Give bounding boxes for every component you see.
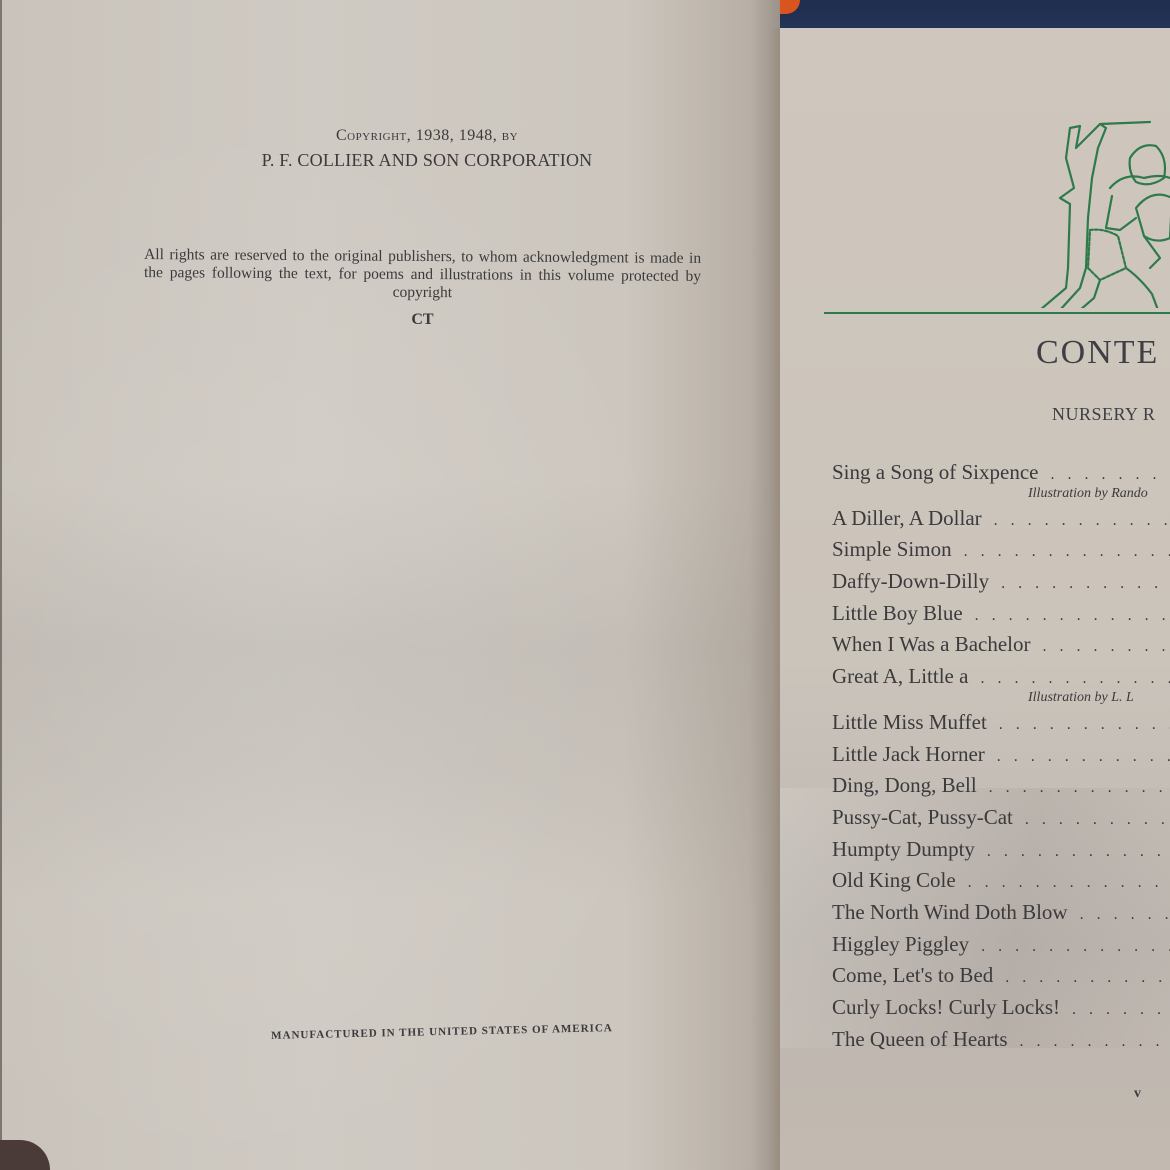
toc-entry: Simple Simon............................… [832, 537, 1170, 569]
page-shadow [2, 480, 780, 900]
toc-entry-title: Great A, Little a [832, 664, 968, 689]
toc-entry-title: Little Boy Blue [832, 601, 963, 626]
toc-entry: Little Jack Horner......................… [832, 742, 1170, 774]
toc-entry-title: Higgley Piggley [832, 932, 969, 957]
toc-entry-title: Come, Let's to Bed [832, 963, 993, 988]
toc-entry: Little Miss Muffet......................… [832, 710, 1170, 742]
toc-entry: Old King Cole...........................… [832, 868, 1170, 900]
dot-leader: ........................................ [994, 512, 1170, 530]
toc-entry: Pussy-Cat, Pussy-Cat....................… [832, 805, 1170, 837]
toc-entry-title: The Queen of Hearts [832, 1027, 1008, 1052]
header-rule [824, 312, 1170, 314]
toc-entry-title: Little Jack Horner [832, 742, 985, 767]
tree-boy-illustration-icon [1040, 118, 1170, 308]
dot-leader: ........................................ [964, 543, 1170, 561]
toc-entry-title: When I Was a Bachelor [832, 632, 1031, 657]
dot-leader: ........................................ [980, 670, 1170, 688]
toc-entry: Higgley Piggley.........................… [832, 932, 1170, 964]
illustration-credit: Illustration by Rando [832, 486, 1170, 506]
toc-entry: Come, Let's to Bed......................… [832, 963, 1170, 995]
dot-leader: ........................................ [1072, 1001, 1170, 1019]
toc-entry-title: Pussy-Cat, Pussy-Cat [832, 805, 1013, 830]
section-heading: NURSERY R [1052, 404, 1155, 425]
rights-statement: All rights are reserved to the original … [144, 246, 701, 304]
toc-entry-title: Daffy-Down-Dilly [832, 569, 989, 594]
toc-entry-title: The North Wind Doth Blow [832, 900, 1068, 925]
toc-entry: The Queen of Hearts.....................… [832, 1027, 1170, 1059]
toc-entry: Curly Locks! Curly Locks!...............… [832, 995, 1170, 1027]
toc-entry-title: Ding, Dong, Bell [832, 773, 977, 798]
toc-entry-title: Sing a Song of Sixpence [832, 460, 1038, 485]
toc-entry: Little Boy Blue.........................… [832, 601, 1170, 633]
illustration-credit: Illustration by L. L [832, 690, 1170, 710]
page-number: v [1134, 1086, 1141, 1102]
toc-entry: Daffy-Down-Dilly........................… [832, 569, 1170, 601]
dot-leader: ........................................ [997, 748, 1170, 766]
manufactured-notice: MANUFACTURED IN THE UNITED STATES OF AME… [257, 1022, 627, 1042]
dot-leader: ........................................ [989, 779, 1170, 797]
dot-leader: ........................................ [1025, 811, 1170, 829]
copyright-notice: Copyright, 1938, 1948, by [152, 127, 702, 145]
publisher-name: P. F. COLLIER AND SON CORPORATION [152, 150, 702, 171]
toc-entry-title: Old King Cole [832, 868, 956, 893]
left-page-copyright: Copyright, 1938, 1948, by P. F. COLLIER … [0, 0, 780, 1170]
toc-entry-title: Simple Simon [832, 537, 952, 562]
dot-leader: ........................................ [1020, 1033, 1170, 1051]
printer-mark: CT [144, 311, 701, 329]
toc-entry: Humpty Dumpty...........................… [832, 837, 1170, 869]
dot-leader: ........................................ [1080, 906, 1170, 924]
table-of-contents: Sing a Song of Sixpence.................… [832, 460, 1170, 1058]
toc-entry-title: Curly Locks! Curly Locks! [832, 995, 1060, 1020]
toc-entry: The North Wind Doth Blow................… [832, 900, 1170, 932]
right-page-contents: CONTE NURSERY R Sing a Song of Sixpence.… [780, 28, 1170, 1170]
dot-leader: ........................................ [968, 874, 1170, 892]
dot-leader: ........................................ [987, 843, 1170, 861]
toc-entry-title: A Diller, A Dollar [832, 506, 982, 531]
toc-entry-title: Humpty Dumpty [832, 837, 975, 862]
toc-entry: When I Was a Bachelor...................… [832, 632, 1170, 664]
dot-leader: ........................................ [1043, 638, 1170, 656]
dot-leader: ........................................ [1005, 969, 1170, 987]
toc-entry: A Diller, A Dollar......................… [832, 506, 1170, 538]
dot-leader: ........................................ [1001, 575, 1170, 593]
toc-entry-title: Little Miss Muffet [832, 710, 987, 735]
toc-entry: Ding, Dong, Bell........................… [832, 773, 1170, 805]
dot-leader: ........................................ [975, 607, 1170, 625]
dot-leader: ........................................ [1050, 466, 1170, 484]
dot-leader: ........................................ [999, 716, 1170, 734]
dot-leader: ........................................ [981, 938, 1170, 956]
contents-heading: CONTE [1036, 334, 1159, 372]
